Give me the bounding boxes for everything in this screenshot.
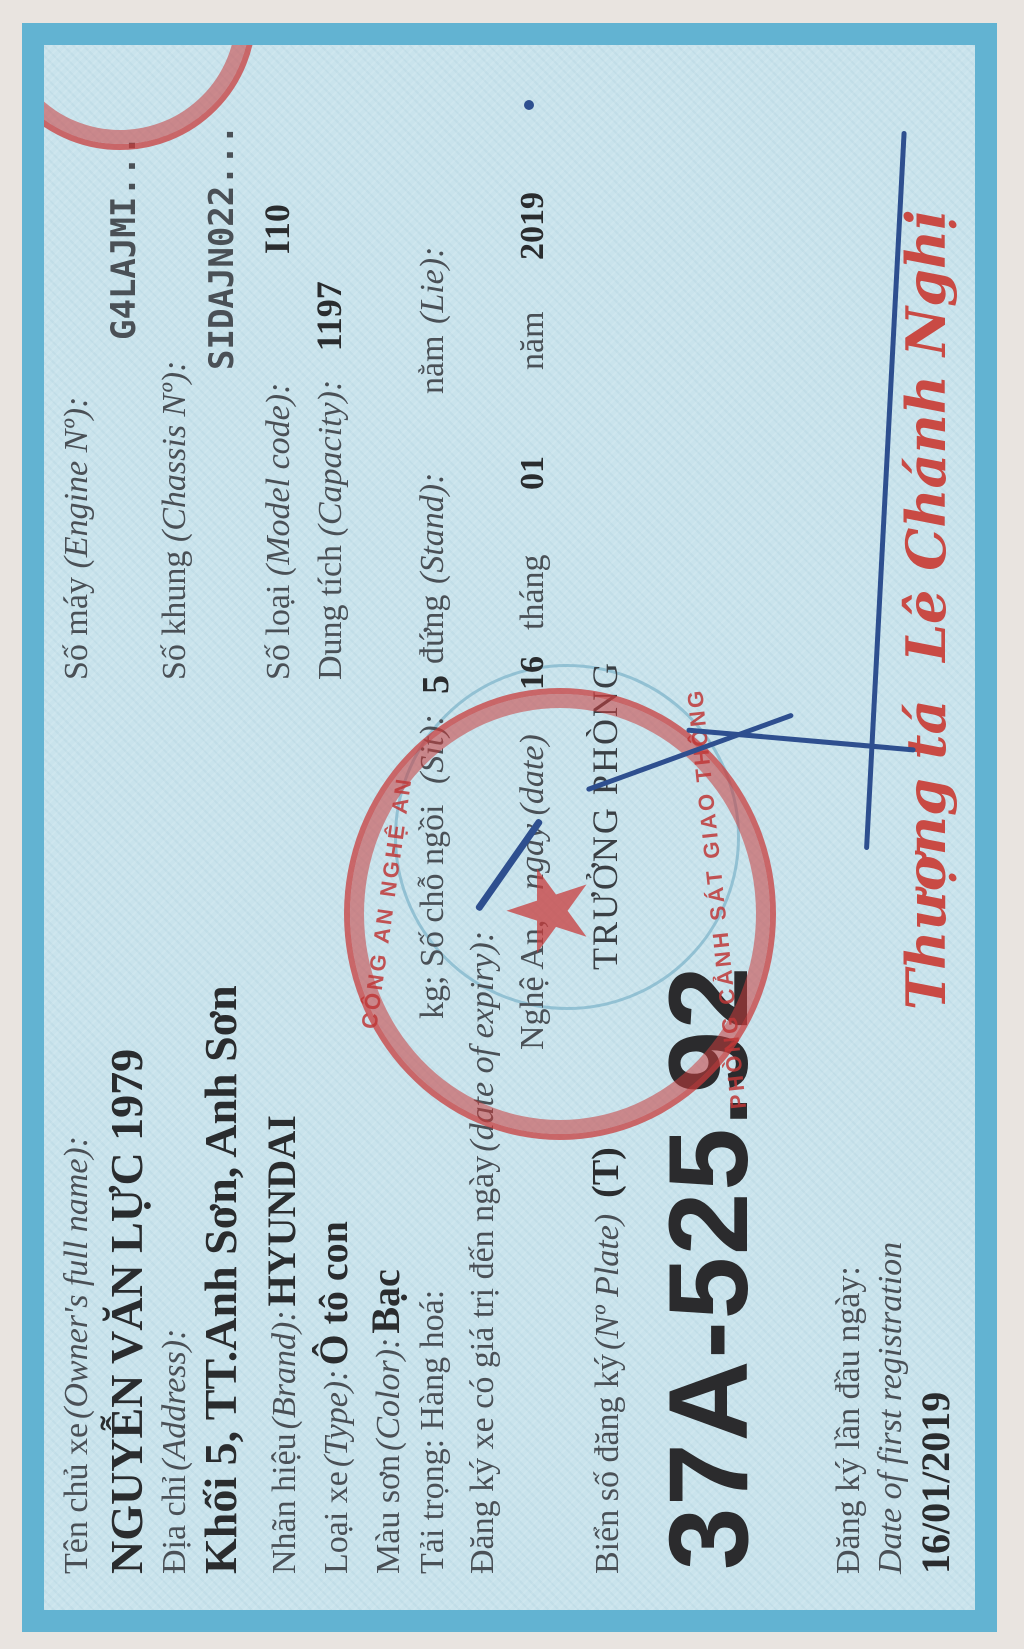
type-value: Ô tô con (311, 1221, 356, 1365)
address-value: Khối 5, TT.Anh Sơn, Anh Sơn (194, 985, 247, 1574)
owner-label: Tên chủ xe (Owner's full name): (58, 1136, 96, 1574)
card-body: Tên chủ xe (Owner's full name): NGUYỄN V… (44, 45, 975, 1610)
model-code-value: I10 (257, 204, 297, 254)
capacity-value: 1197 (309, 281, 349, 351)
issued-year: 2019 (514, 192, 552, 260)
type-row: Loại xe (Type): Ô tô con (310, 1221, 357, 1574)
ink-dot (524, 100, 534, 110)
first-registration-date: 16/01/2019 (912, 1392, 959, 1574)
registration-card: Tên chủ xe (Owner's full name): NGUYỄN V… (22, 23, 997, 1632)
first-registration-label: Đăng ký lần đầu ngày: (830, 1266, 868, 1574)
engine-label: Số máy (Engine Nº): (58, 397, 96, 680)
issued-day: 16 (514, 656, 552, 690)
owner-name: NGUYỄN VĂN LỰC 1979 (100, 1049, 153, 1574)
chassis-label: Số khung (Chassis Nº): (156, 361, 194, 680)
capacity-label: Dung tích (Capacity): 1197 (308, 281, 350, 680)
seats-value: 5 (414, 675, 458, 694)
plate-label: Biển số đăng ký (Nº Plate) (T) (584, 1147, 628, 1574)
chassis-value: SIDAJN022... (202, 124, 242, 370)
color-value: Bạc (363, 1269, 408, 1333)
model-code-label: Số loại (Model code): I10 (256, 204, 298, 680)
color-row: Màu sơn (Color): Bạc (362, 1269, 409, 1574)
brand-row: Nhãn hiệu (Brand): HYUNDAI (258, 1115, 305, 1574)
engine-value: G4LAJMI... (104, 135, 144, 340)
address-label: Địa chỉ (Address): (156, 1329, 194, 1574)
signer-name: Thượng tá Lê Chánh Nghị (894, 209, 958, 1010)
brand-value: HYUNDAI (259, 1115, 304, 1306)
first-registration-label-en: Date of first registration (872, 1242, 910, 1574)
seal-star-icon: ★ (494, 861, 604, 960)
issued-month: 01 (514, 456, 552, 490)
